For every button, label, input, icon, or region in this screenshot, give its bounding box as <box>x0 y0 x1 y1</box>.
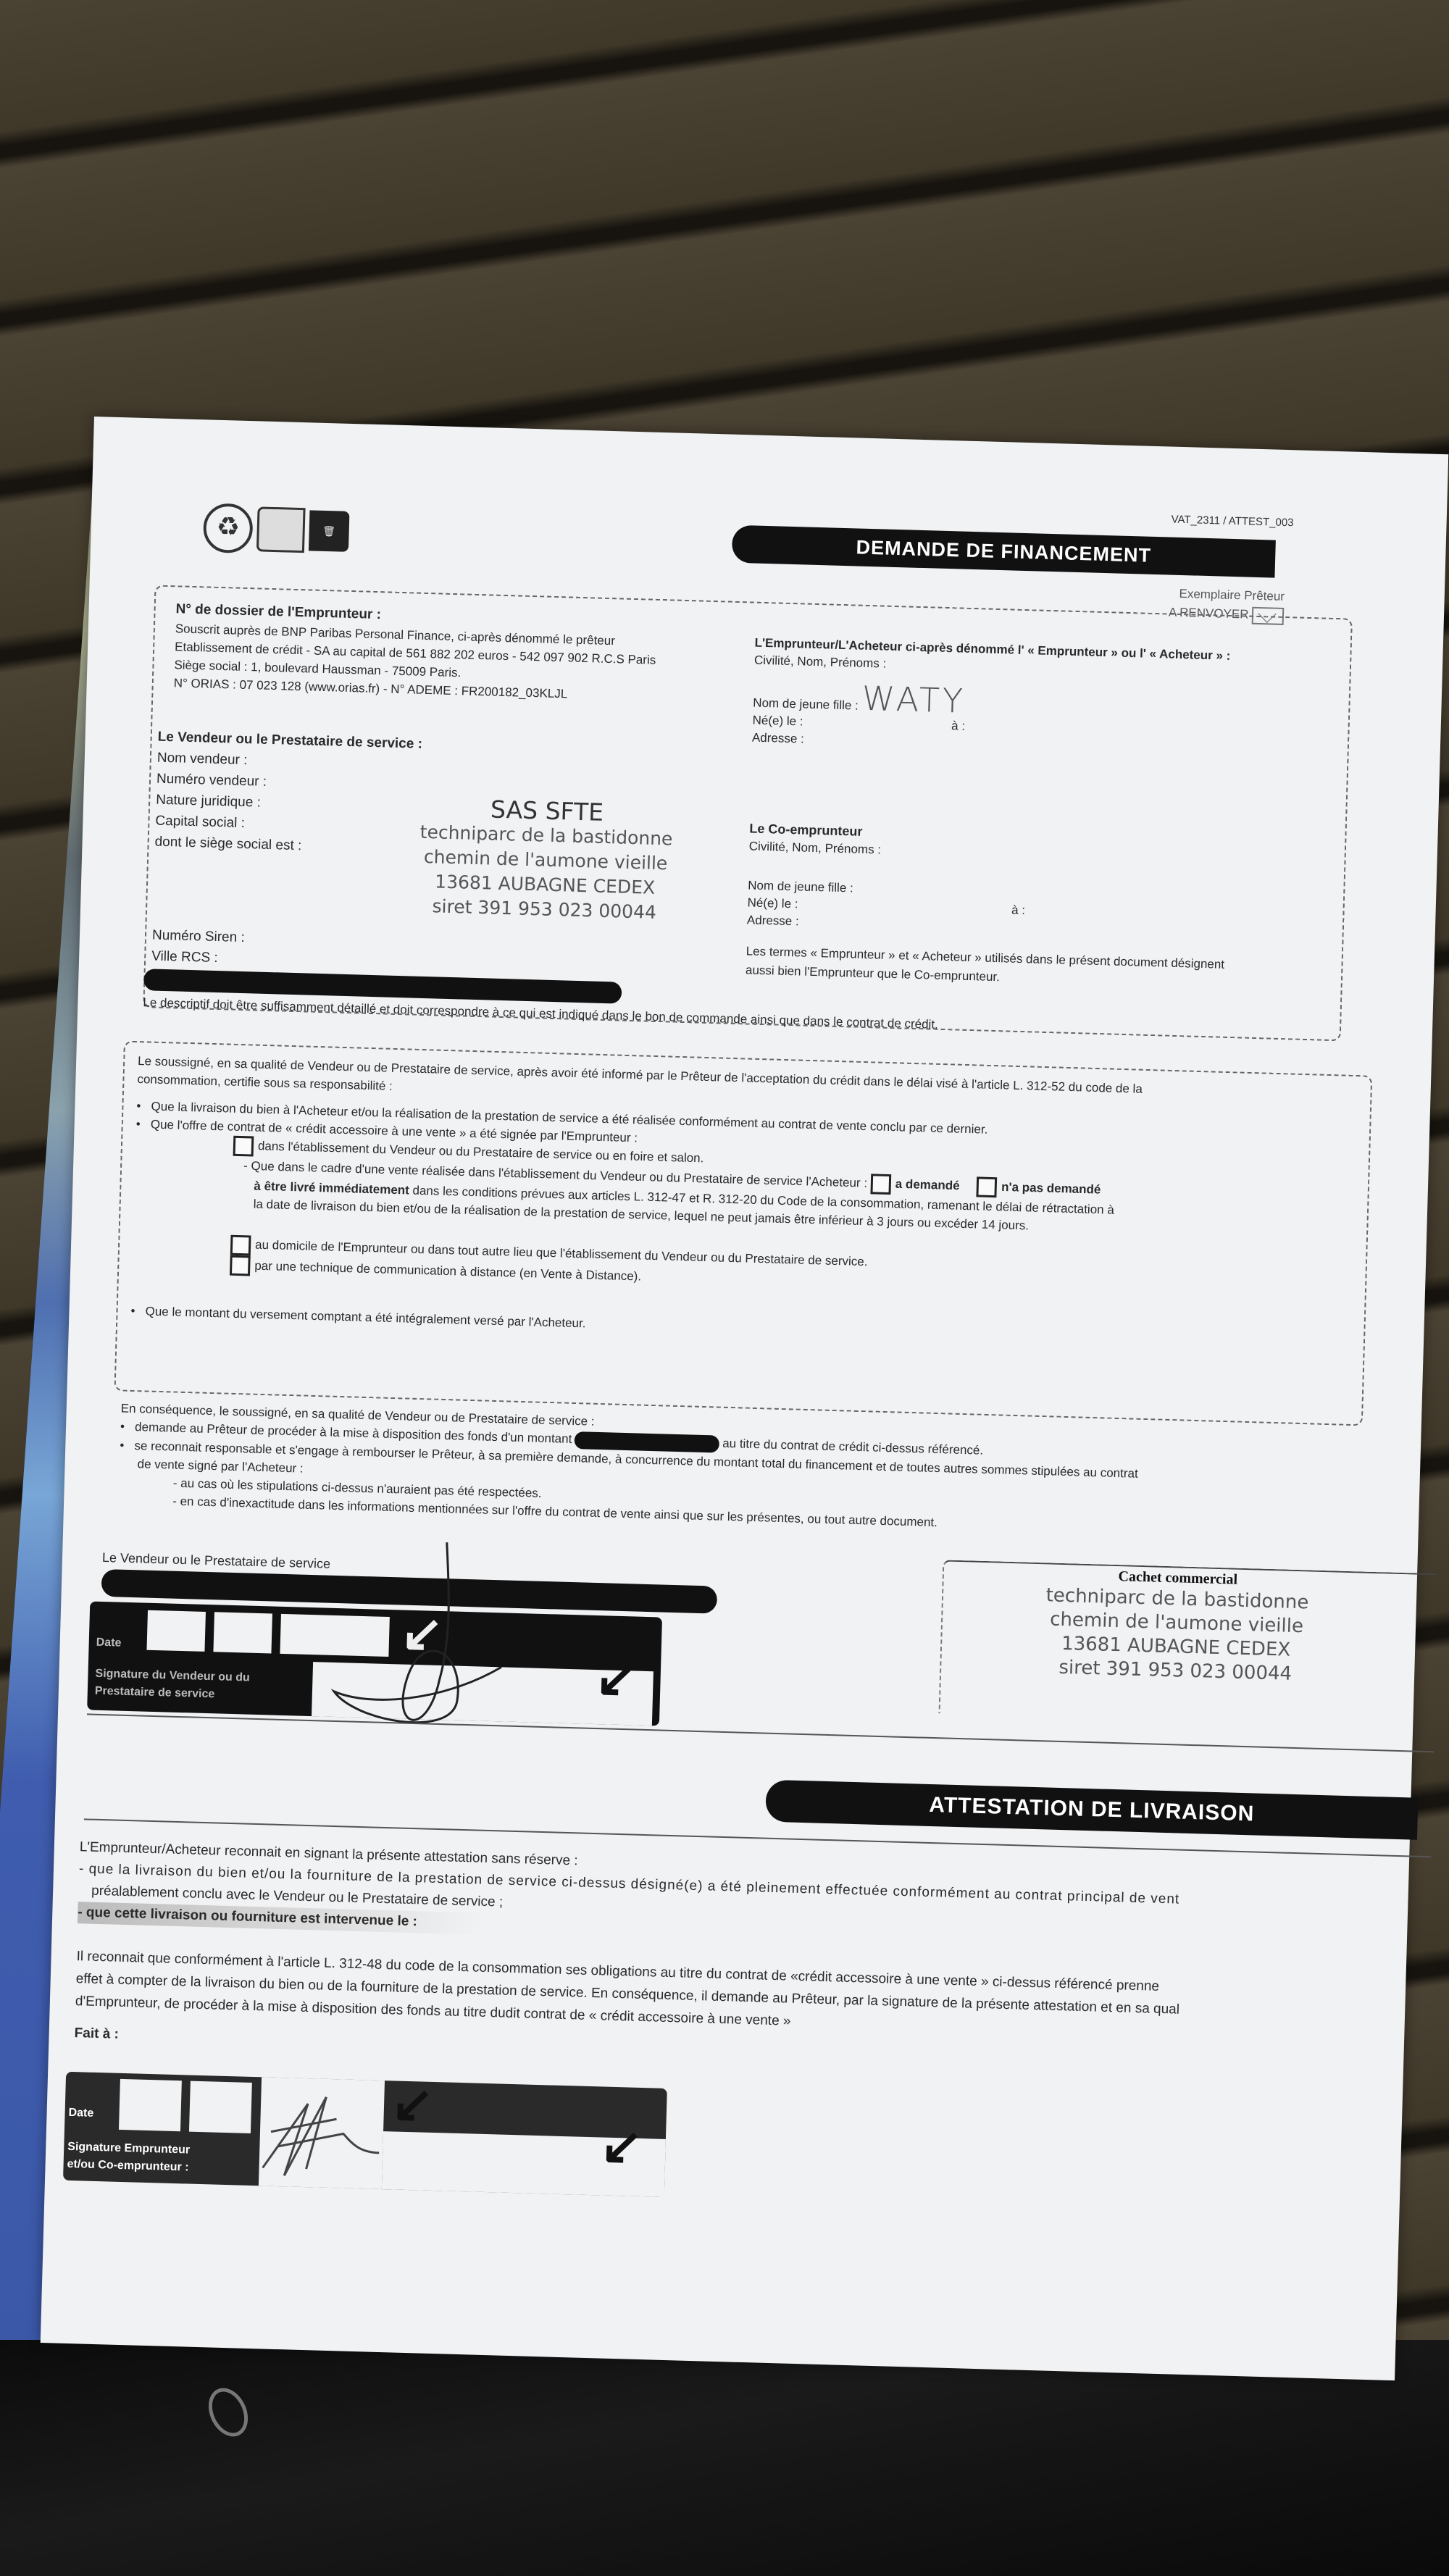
not-requested-checkbox[interactable] <box>977 1176 998 1197</box>
arrow-down-left-icon: ↙ <box>391 2073 435 2134</box>
borrower-section: L'Emprunteur/L'Acheteur ci-après dénommé… <box>752 635 1231 760</box>
document-title: DEMANDE DE FINANCEMENT <box>732 525 1276 578</box>
maiden-name-label: Nom de jeune fille : <box>753 696 859 713</box>
date-label: Date <box>96 1634 121 1652</box>
financing-request-form: ♻ 🗑 VAT_2311 / ATTEST_003 DEMANDE DE FIN… <box>41 417 1449 2380</box>
seller-stamp: SAS SFTE techniparc de la bastidonne che… <box>385 795 707 927</box>
arrow-down-left-icon: ↙ <box>599 2115 643 2176</box>
birth-place-label: à : <box>951 719 965 733</box>
lender-section: N° de dossier de l'Emprunteur : Souscrit… <box>173 598 657 705</box>
birth-place-label: à : <box>1011 903 1025 918</box>
certification-section: Le soussigné, en sa qualité de Vendeur o… <box>130 1052 1355 1354</box>
birth-label: Né(e) le : <box>747 895 798 911</box>
distance-checkbox[interactable] <box>230 1255 251 1276</box>
seller-section: Le Vendeur ou le Prestataire de service … <box>151 727 423 974</box>
requested-checkbox[interactable] <box>870 1174 891 1195</box>
commercial-stamp: Cachet commercial techniparc de la basti… <box>972 1563 1381 1689</box>
bold-text: à être livré immédiatement <box>254 1179 409 1197</box>
signature-label: et/ou Co-emprunteur : <box>67 2156 189 2177</box>
birth-label: Né(e) le : <box>752 714 803 729</box>
fr-info-tri-icon <box>256 506 306 553</box>
recycling-logos: ♻ 🗑 <box>203 503 350 556</box>
home-checkbox[interactable] <box>230 1234 251 1255</box>
co-borrower-section: Le Co-emprunteur Civilité, Nom, Prénoms … <box>746 819 1229 992</box>
not-requested-label: n'a pas demandé <box>1001 1180 1101 1197</box>
consequence-section: En conséquence, le soussigné, en sa qual… <box>118 1400 1353 1543</box>
date-month-field[interactable] <box>213 1612 272 1653</box>
bin-icon: 🗑 <box>309 510 350 552</box>
establishment-checkbox[interactable] <box>233 1136 254 1157</box>
attestation-title: ATTESTATION DE LIVRAISON <box>765 1780 1418 1840</box>
maiden-name-value: WATY <box>861 679 966 721</box>
signature-label: Signature du Vendeur ou du Prestataire d… <box>95 1665 298 1706</box>
attestation-section: L'Emprunteur/Acheteur reconnait en signa… <box>74 1836 1419 2082</box>
triman-icon: ♻ <box>203 503 254 553</box>
date-month-field[interactable] <box>189 2081 252 2133</box>
date-day-field[interactable] <box>146 1610 206 1652</box>
arrow-down-left-icon: ↙ <box>595 1648 639 1709</box>
date-label: Date <box>68 2104 93 2123</box>
reference-code: VAT_2311 / ATTEST_003 <box>1171 514 1293 530</box>
date-day-field[interactable] <box>119 2079 182 2131</box>
borrower-handwritten-signature <box>255 2088 388 2186</box>
requested-label: a demandé <box>895 1177 960 1192</box>
